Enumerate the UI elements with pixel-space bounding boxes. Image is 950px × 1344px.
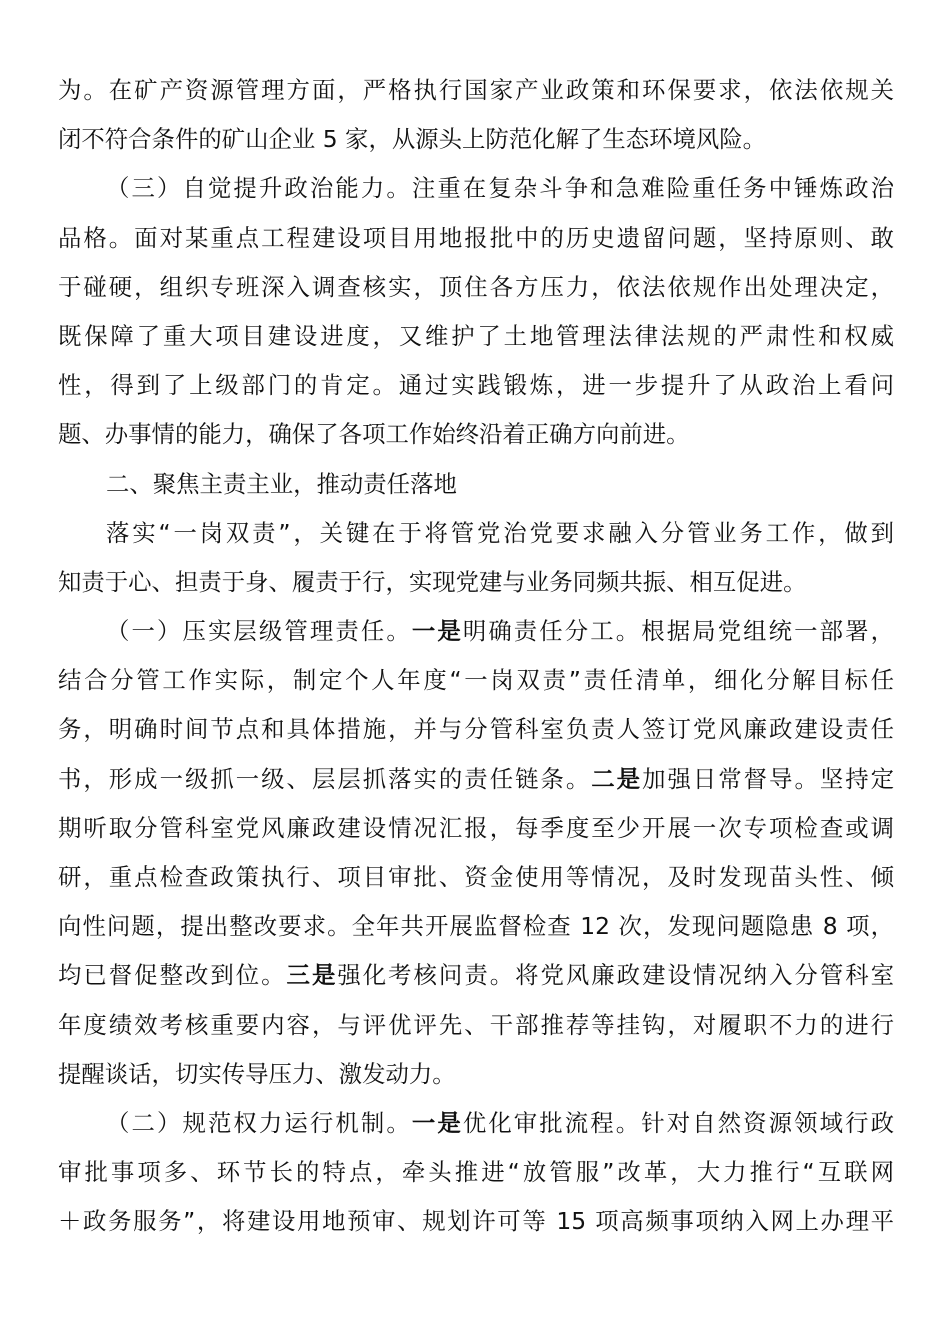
text-segment: 加强日常督导。坚持定 — [642, 765, 894, 793]
text-line: 于碰硬，组织专班深入调查核实，顶住各方压力，依法依规作出处理决定， — [58, 263, 894, 312]
bold-enumerator: 一是 — [412, 1109, 463, 1137]
bold-enumerator: 三是 — [287, 961, 338, 989]
text-segment: 结合分管工作实际，制定个人年度“一岗双责”责任清单，细化分解目标任 — [58, 666, 894, 694]
text-segment: 闭不符合条件的矿山企业 5 家，从源头上防范化解了生态环境风险。 — [58, 125, 766, 153]
text-segment: 落实“一岗双责”，关键在于将管党治党要求融入分管业务工作，做到 — [106, 519, 894, 547]
text-line: ＋政务服务”，将建设用地预审、规划许可等 15 项高频事项纳入网上办理平 — [58, 1197, 894, 1246]
text-segment: 强化考核问责。将党风廉政建设情况纳入分管科室 — [337, 961, 894, 989]
text-line: 品格。面对某重点工程建设项目用地报批中的历史遗留问题，坚持原则、敢 — [58, 214, 894, 263]
paragraph: （三）自觉提升政治能力。注重在复杂斗争和急难险重任务中锤炼政治品格。面对某重点工… — [58, 164, 894, 459]
text-segment: 务，明确时间节点和具体措施，并与分管科室负责人签订党风廉政建设责任 — [58, 715, 894, 743]
text-segment: 审批事项多、环节长的特点，牵头推进“放管服”改革，大力推行“互联网 — [58, 1158, 894, 1186]
text-line: 研，重点检查政策执行、项目审批、资金使用等情况，及时发现苗头性、倾 — [58, 853, 894, 902]
document-page: 为。在矿产资源管理方面，严格执行国家产业政策和环保要求，依法依规关闭不符合条件的… — [58, 66, 894, 1247]
text-segment: 为。在矿产资源管理方面，严格执行国家产业政策和环保要求，依法依规关 — [58, 76, 894, 104]
text-line: （一）压实层级管理责任。一是明确责任分工。根据局党组统一部署， — [58, 607, 894, 656]
text-segment: （二）规范权力运行机制。 — [106, 1109, 412, 1137]
text-line: 向性问题，提出整改要求。全年共开展监督检查 12 次，发现问题隐患 8 项， — [58, 902, 894, 951]
text-line: （二）规范权力运行机制。一是优化审批流程。针对自然资源领域行政 — [58, 1099, 894, 1148]
text-segment: ＋政务服务”，将建设用地预审、规划许可等 15 项高频事项纳入网上办理平 — [58, 1207, 894, 1235]
text-line: 落实“一岗双责”，关键在于将管党治党要求融入分管业务工作，做到 — [58, 509, 894, 558]
text-line: 提醒谈话，切实传导压力、激发动力。 — [58, 1050, 894, 1099]
text-segment: 优化审批流程。针对自然资源领域行政 — [463, 1109, 894, 1137]
section-heading: 二、聚焦主责主业，推动责任落地 — [58, 460, 894, 509]
text-segment: 书，形成一级抓一级、层层抓落实的责任链条。 — [58, 765, 591, 793]
paragraph: 为。在矿产资源管理方面，严格执行国家产业政策和环保要求，依法依规关闭不符合条件的… — [58, 66, 894, 164]
text-segment: 品格。面对某重点工程建设项目用地报批中的历史遗留问题，坚持原则、敢 — [58, 224, 894, 252]
text-line: 二、聚焦主责主业，推动责任落地 — [58, 460, 894, 509]
bold-enumerator: 二是 — [591, 765, 642, 793]
text-segment: 向性问题，提出整改要求。全年共开展监督检查 12 次，发现问题隐患 8 项， — [58, 912, 894, 940]
text-line: 知责于心、担责于身、履责于行，实现党建与业务同频共振、相互促进。 — [58, 558, 894, 607]
text-segment: （一）压实层级管理责任。 — [106, 617, 412, 645]
paragraph: 落实“一岗双责”，关键在于将管党治党要求融入分管业务工作，做到知责于心、担责于身… — [58, 509, 894, 607]
text-segment: （三）自觉提升政治能力。注重在复杂斗争和急难险重任务中锤炼政治 — [106, 174, 894, 202]
text-line: （三）自觉提升政治能力。注重在复杂斗争和急难险重任务中锤炼政治 — [58, 164, 894, 213]
text-segment: 期听取分管科室党风廉政建设情况汇报，每季度至少开展一次专项检查或调 — [58, 814, 894, 842]
text-segment: 提醒谈话，切实传导压力、激发动力。 — [58, 1060, 456, 1088]
paragraph: （一）压实层级管理责任。一是明确责任分工。根据局党组统一部署，结合分管工作实际，… — [58, 607, 894, 1099]
text-line: 既保障了重大项目建设进度，又维护了土地管理法律法规的严肃性和权威 — [58, 312, 894, 361]
text-segment: 题、办事情的能力，确保了各项工作始终沿着正确方向前进。 — [58, 420, 690, 448]
text-segment: 性，得到了上级部门的肯定。通过实践锻炼，进一步提升了从政治上看问 — [58, 371, 894, 399]
text-line: 题、办事情的能力，确保了各项工作始终沿着正确方向前进。 — [58, 410, 894, 459]
text-line: 结合分管工作实际，制定个人年度“一岗双责”责任清单，细化分解目标任 — [58, 656, 894, 705]
text-line: 为。在矿产资源管理方面，严格执行国家产业政策和环保要求，依法依规关 — [58, 66, 894, 115]
text-line: 均已督促整改到位。三是强化考核问责。将党风廉政建设情况纳入分管科室 — [58, 951, 894, 1000]
text-line: 务，明确时间节点和具体措施，并与分管科室负责人签订党风廉政建设责任 — [58, 705, 894, 754]
text-segment: 既保障了重大项目建设进度，又维护了土地管理法律法规的严肃性和权威 — [58, 322, 894, 350]
text-line: 性，得到了上级部门的肯定。通过实践锻炼，进一步提升了从政治上看问 — [58, 361, 894, 410]
text-segment: 研，重点检查政策执行、项目审批、资金使用等情况，及时发现苗头性、倾 — [58, 863, 894, 891]
text-segment: 明确责任分工。根据局党组统一部署， — [463, 617, 894, 645]
text-segment: 均已督促整改到位。 — [58, 961, 287, 989]
text-segment: 二、聚焦主责主业，推动责任落地 — [106, 470, 457, 498]
text-line: 审批事项多、环节长的特点，牵头推进“放管服”改革，大力推行“互联网 — [58, 1148, 894, 1197]
text-line: 书，形成一级抓一级、层层抓落实的责任链条。二是加强日常督导。坚持定 — [58, 755, 894, 804]
paragraph: （二）规范权力运行机制。一是优化审批流程。针对自然资源领域行政审批事项多、环节长… — [58, 1099, 894, 1247]
text-segment: 年度绩效考核重要内容，与评优评先、干部推荐等挂钩，对履职不力的进行 — [58, 1011, 894, 1039]
text-segment: 于碰硬，组织专班深入调查核实，顶住各方压力，依法依规作出处理决定， — [58, 273, 894, 301]
text-line: 年度绩效考核重要内容，与评优评先、干部推荐等挂钩，对履职不力的进行 — [58, 1001, 894, 1050]
text-segment: 知责于心、担责于身、履责于行，实现党建与业务同频共振、相互促进。 — [58, 568, 807, 596]
text-line: 期听取分管科室党风廉政建设情况汇报，每季度至少开展一次专项检查或调 — [58, 804, 894, 853]
bold-enumerator: 一是 — [412, 617, 463, 645]
text-line: 闭不符合条件的矿山企业 5 家，从源头上防范化解了生态环境风险。 — [58, 115, 894, 164]
